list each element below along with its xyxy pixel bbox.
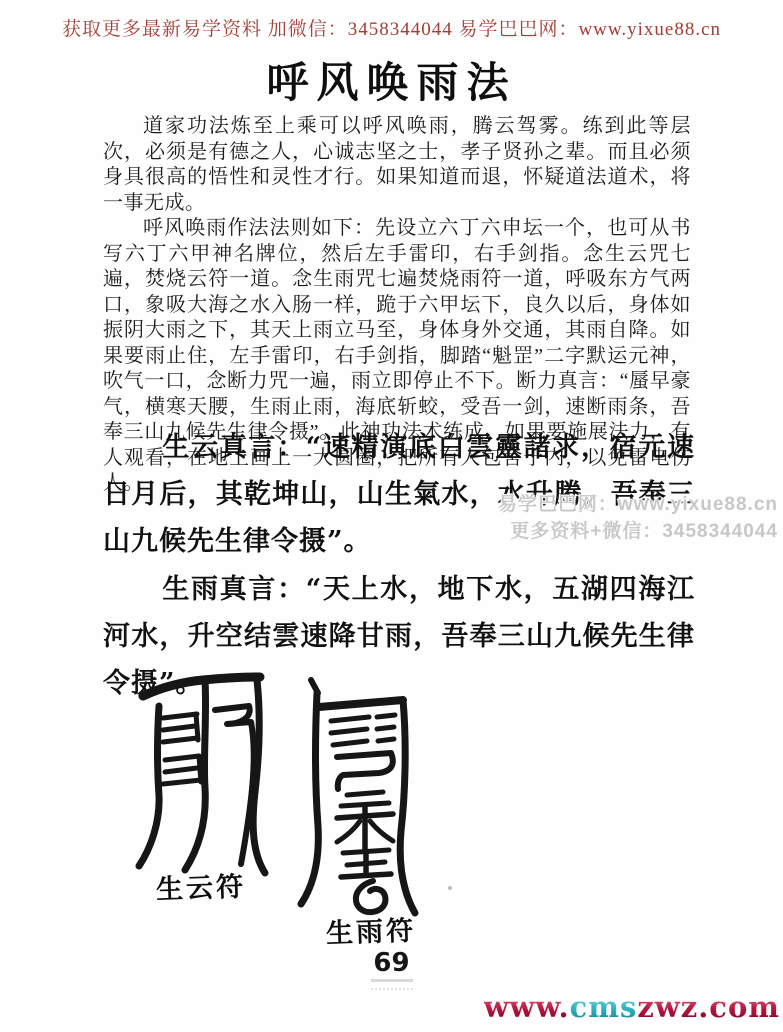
- ink-speck: [448, 886, 452, 890]
- watermark-site: 易学巴巴网：www.yixue88.cn: [498, 491, 778, 518]
- watermark: 易学巴巴网：www.yixue88.cn 更多资料+微信：3458344044: [498, 491, 778, 545]
- page-title: 呼风唤雨法: [0, 50, 783, 110]
- footer-url-www: www.: [484, 990, 570, 1024]
- ink-bleed-mark: [371, 979, 413, 990]
- header-notice: 获取更多最新易学资料 加微信：3458344044 易学巴巴网：www.yixu…: [0, 14, 783, 41]
- footer-url: www.cmszwz.com: [484, 990, 780, 1024]
- cloud-talisman-label: 生云符: [155, 864, 246, 906]
- page-number: 69: [0, 948, 783, 978]
- cloud-talisman-icon: [133, 666, 273, 878]
- watermark-wechat: 更多资料+微信：3458344044: [498, 518, 778, 545]
- scanned-document-page: 获取更多最新易学资料 加微信：3458344044 易学巴巴网：www.yixu…: [0, 0, 783, 1032]
- paragraph-intro: 道家功法炼至上乘可以呼风唤雨，腾云驾雾。练到此等层次，必须是有德之人，心诚志坚之…: [103, 114, 691, 216]
- footer-url-zwz: zwz.com: [637, 990, 780, 1024]
- rain-talisman-label: 生雨符: [325, 908, 416, 950]
- cloud-talisman-drawing: [133, 666, 273, 878]
- footer-url-cms: cms: [570, 990, 638, 1024]
- rain-talisman-icon: [291, 674, 419, 918]
- rain-talisman-drawing: [291, 674, 419, 918]
